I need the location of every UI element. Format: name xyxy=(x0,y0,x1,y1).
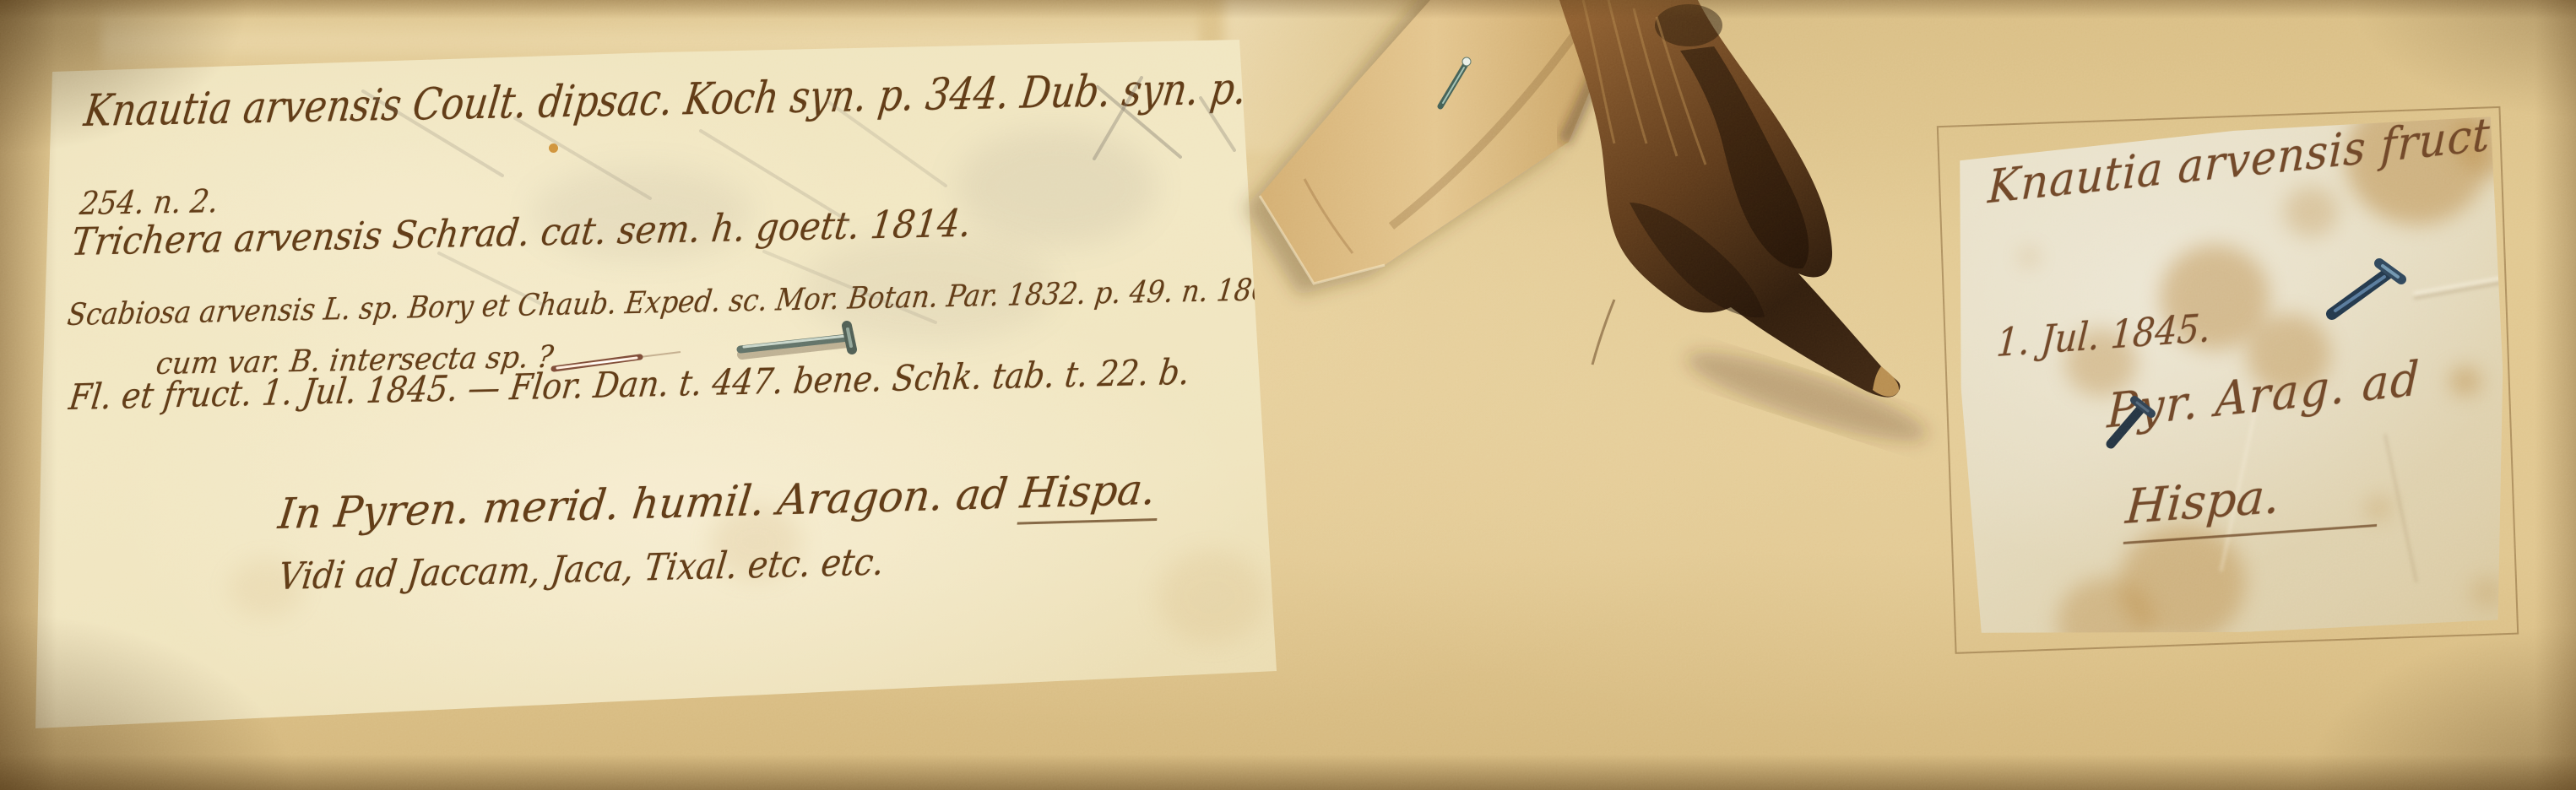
left-label-line-1: Knautia arvensis Coult. dipsac. Koch syn… xyxy=(82,68,1249,134)
right-label-line-4-underlined: Hispa. xyxy=(2123,462,2381,544)
right-specimen-label: Knautia arvensis fruct. 1. Jul. 1845. Py… xyxy=(1947,116,2512,641)
left-label-line-8: Vidi ad Jaccam, Jaca, Tixal. etc. etc. xyxy=(276,544,886,596)
left-label-line-4: Scabiosa arvensis L. sp. Bory et Chaub. … xyxy=(66,275,1280,331)
stain xyxy=(2020,249,2038,265)
left-label-line-7-underlined: Hispa. xyxy=(1017,465,1163,525)
herbarium-sheet-photo: Knautia arvensis Coult. dipsac. Koch syn… xyxy=(0,0,2576,790)
right-label-line-4: Hispa. xyxy=(2124,467,2381,532)
stain xyxy=(2283,186,2340,238)
left-label-line-7-text: In Pyren. merid. humil. Aragon. ad xyxy=(276,468,1023,538)
stain xyxy=(2449,366,2481,396)
right-label-unit: Knautia arvensis fruct. 1. Jul. 1845. Py… xyxy=(1942,111,2517,652)
pencil-smudge xyxy=(954,128,1157,246)
foxing-spot xyxy=(1157,550,1266,643)
right-label-line-2: 1. Jul. 1845. xyxy=(1995,308,2212,362)
right-label-line-3: Pyr. Arag. ad xyxy=(2107,355,2421,436)
left-label-line-7: In Pyren. merid. humil. Aragon. ad Hispa… xyxy=(276,468,1163,535)
orange-ink-spot xyxy=(549,143,558,153)
pale-paper-sliver xyxy=(1224,0,1461,152)
left-label-line-2: 254. n. 2. xyxy=(79,185,220,219)
left-specimen-label: Knautia arvensis Coult. dipsac. Koch syn… xyxy=(34,35,1283,740)
